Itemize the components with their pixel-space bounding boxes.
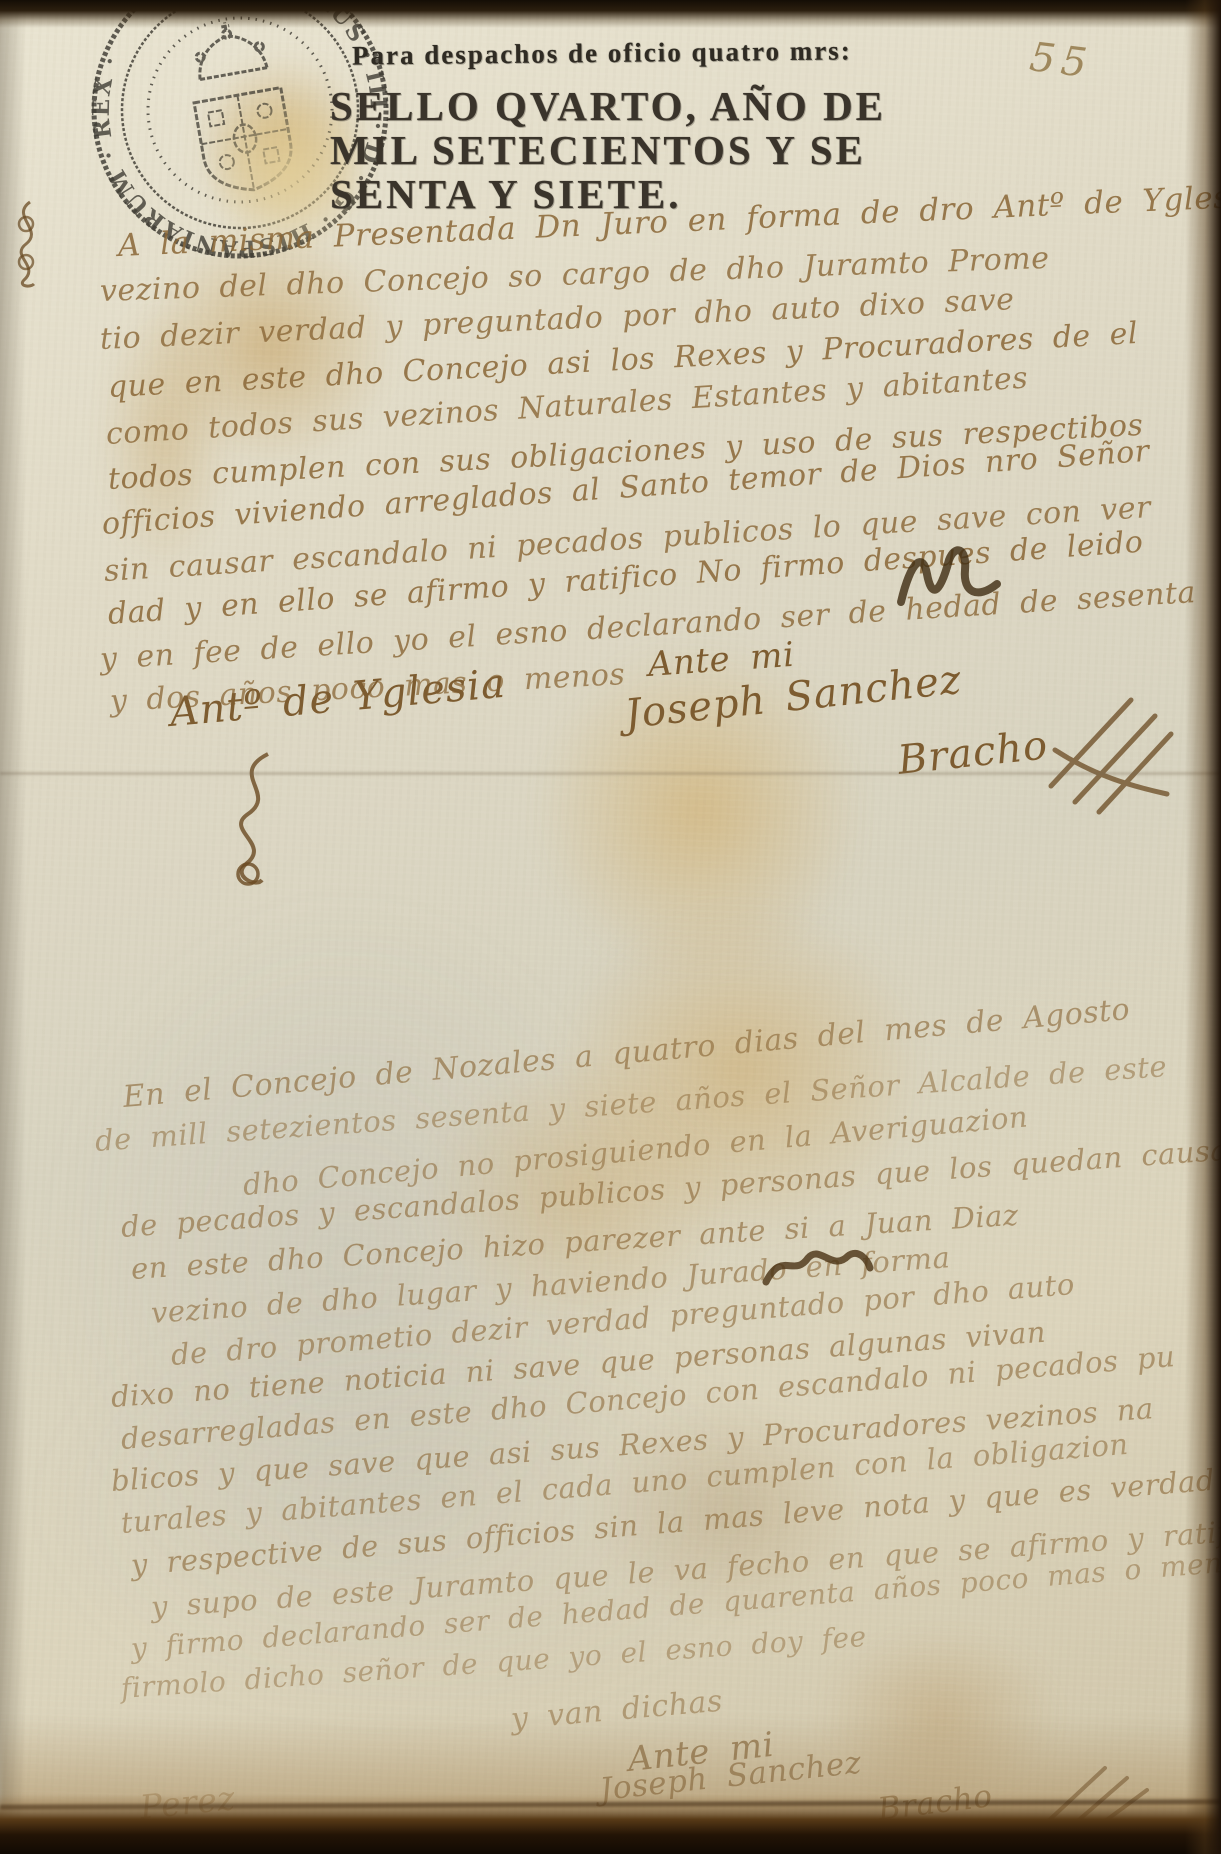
signature-flourish-icon — [1035, 690, 1185, 820]
printed-fee-line: Para despachos de oficio quatro mrs: — [352, 35, 852, 71]
page-edge-top — [0, 0, 1221, 28]
manuscript-block-2: En el Concejo de Nozales a quatro dias d… — [95, 1056, 1185, 1756]
ink-flourish — [893, 540, 1023, 618]
manuscript-block-1: A la misma Presentada Dn Juro en forma d… — [100, 212, 1185, 732]
page-edge-right — [1185, 0, 1221, 1854]
fold-crease — [0, 772, 1221, 775]
seal-title: SELLO QVARTO, AÑO DE MIL SETECIENTOS Y S… — [330, 84, 886, 216]
seal-title-line-2: MIL SETECIENTOS Y SE — [330, 128, 886, 172]
manuscript-page-scan: · CAROLUS · III · D · G · HISPANIARUM · … — [0, 0, 1221, 1854]
page-edge-bottom — [0, 1794, 1221, 1854]
manuscript-line: y van dichas — [509, 1684, 724, 1737]
page-edge-left — [0, 0, 26, 1854]
signature-flourish-icon — [208, 748, 298, 898]
seal-title-line-1: SELLO QVARTO, AÑO DE — [330, 84, 886, 128]
folio-number: 55 — [1027, 34, 1095, 87]
ink-smear — [758, 1238, 878, 1302]
